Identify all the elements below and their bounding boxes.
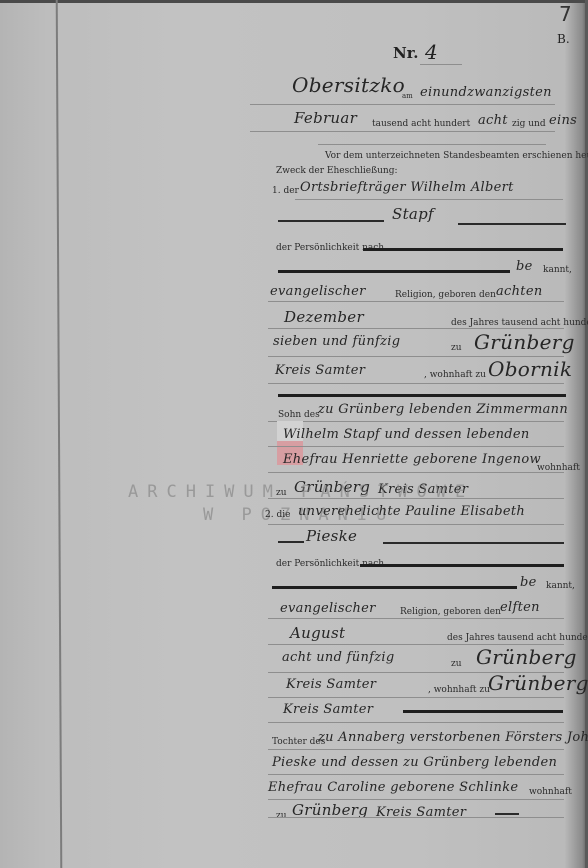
bride-residence-district: Kreis Samter [283,702,373,717]
bride-surname: Pieske [306,527,357,545]
groom-residence: Obornik [488,357,572,381]
rule-groom-name [295,199,563,200]
groom-year-label: des Jahres tausend acht hundert [451,318,588,328]
groom-parents-line-1: zu Grünberg lebenden Zimmermann [318,402,568,417]
rule-bride-residence [268,697,564,698]
record-year-mid: zig und [512,119,546,129]
record-year-tens: acht [478,113,508,128]
groom-religion-label: Religion, geboren den [395,290,496,300]
groom-residence-label: , wohnhaft zu [424,370,486,380]
rule-bride-parents-1 [268,749,564,750]
rule-intro-top [318,144,546,145]
rule-bride-parents-4 [268,817,564,818]
bride-parents-residence-label: wohnhaft [529,787,572,797]
bride-birth-district: Kreis Samter [286,677,376,692]
place-of-record: Obersitzko [292,73,405,97]
bride-religion: evangelischer [280,601,376,616]
bride-birth-month: August [290,624,345,642]
groom-surname-fill-right [458,223,566,225]
entry-label: Nr. [393,44,418,62]
bride-surname-fill-right [383,542,564,544]
bride-identity-fill [360,564,564,567]
bride-zu-label: zu [451,659,462,669]
bride-parents-line-1: zu Annaberg verstorbenen Försters Johann [318,730,588,745]
groom-parents-label: Sohn des [278,410,320,420]
groom-index-label: 1. der [272,186,299,196]
rule-date-2 [250,131,555,132]
rule-date-1 [250,104,555,105]
groom-residence-fill [278,394,566,397]
bride-parents-fill [495,813,519,815]
record-year-printed: tausend acht hundert [372,119,470,129]
record-month: Februar [294,109,357,127]
rule-bride-parents-3 [268,799,564,800]
page-top-edge [0,0,588,3]
bride-identity-fill-2 [272,586,517,589]
groom-known-label: kannt, [543,265,572,275]
bride-parents-zu: zu [276,811,287,821]
page-number: 7 [559,2,572,26]
bride-birth-year: acht und fünfzig [282,650,394,665]
groom-identity-fill [363,248,563,251]
groom-birth-place: Grünberg [474,330,575,354]
entry-number-rule [420,64,462,65]
bride-parents-line-2: Pieske und dessen zu Grünberg lebenden [272,755,557,770]
record-day: einundzwanzigsten [420,85,552,100]
rule-groom-residence [268,383,564,384]
series-letter: B. [557,32,570,46]
entry-number: 4 [425,40,438,64]
bride-birth-day: elften [500,600,540,615]
rule-bride-name [268,524,564,525]
bride-religion-label: Religion, geboren den [400,607,501,617]
groom-identity-fill-2 [278,270,510,273]
bride-known-label: kannt, [546,581,575,591]
rule-groom-month [268,328,564,329]
bride-status-name: unverehelichte Pauline Elisabeth [298,504,525,519]
rule-groom-parents-3 [268,472,564,473]
rule-bride-parents-2 [268,774,564,775]
groom-surname-fill-left [278,220,384,222]
margin-line [56,0,63,868]
groom-occupation-name: Ortsbriefträger Wilhelm Albert [300,180,514,195]
rule-bride-religion [268,618,564,619]
bride-residence-label: , wohnhaft zu [428,685,490,695]
intro-line-1: Vor dem unterzeichneten Standesbeamten e… [325,151,588,161]
groom-zu-label: zu [451,343,462,353]
bride-birth-place: Grünberg [476,645,577,669]
rule-groom-religion [268,301,564,302]
bride-index-label: 2. die [265,510,290,520]
groom-birth-year: sieben und fünfzig [273,334,400,349]
archive-watermark-line-1: ARCHIWUM PAŃSTWOWE [128,482,474,502]
record-year-units: eins [549,113,577,128]
document-page: 7 B. Nr. 4 Obersitzko am einundzwanzigst… [0,0,588,868]
groom-parents-line-3: Ehefrau Henriette geborene Ingenow [283,452,541,467]
groom-parents-line-2: Wilhelm Stapf und dessen lebenden [283,427,530,442]
intro-line-2: Zweck der Eheschließung: [276,166,398,176]
groom-birth-day: achten [496,284,543,299]
bride-residence: Grünberg [488,671,588,695]
groom-birth-month: Dezember [284,308,364,326]
rule-bride-district [268,722,564,723]
groom-surname: Stapf [392,205,434,223]
bride-year-label: des Jahres tausend acht hundert [447,633,588,643]
groom-known-prefix: be [516,259,533,274]
rule-groom-parents-1 [268,421,564,422]
rule-groom-parents-2 [268,446,564,447]
bride-surname-fill-left [278,541,304,543]
bride-known-prefix: be [520,575,537,590]
place-suffix: am [402,92,413,100]
groom-birth-district: Kreis Samter [275,363,365,378]
bride-residence-fill [403,710,563,713]
groom-religion: evangelischer [270,284,366,299]
bride-parents-line-3: Ehefrau Caroline geborene Schlinke [268,780,518,795]
